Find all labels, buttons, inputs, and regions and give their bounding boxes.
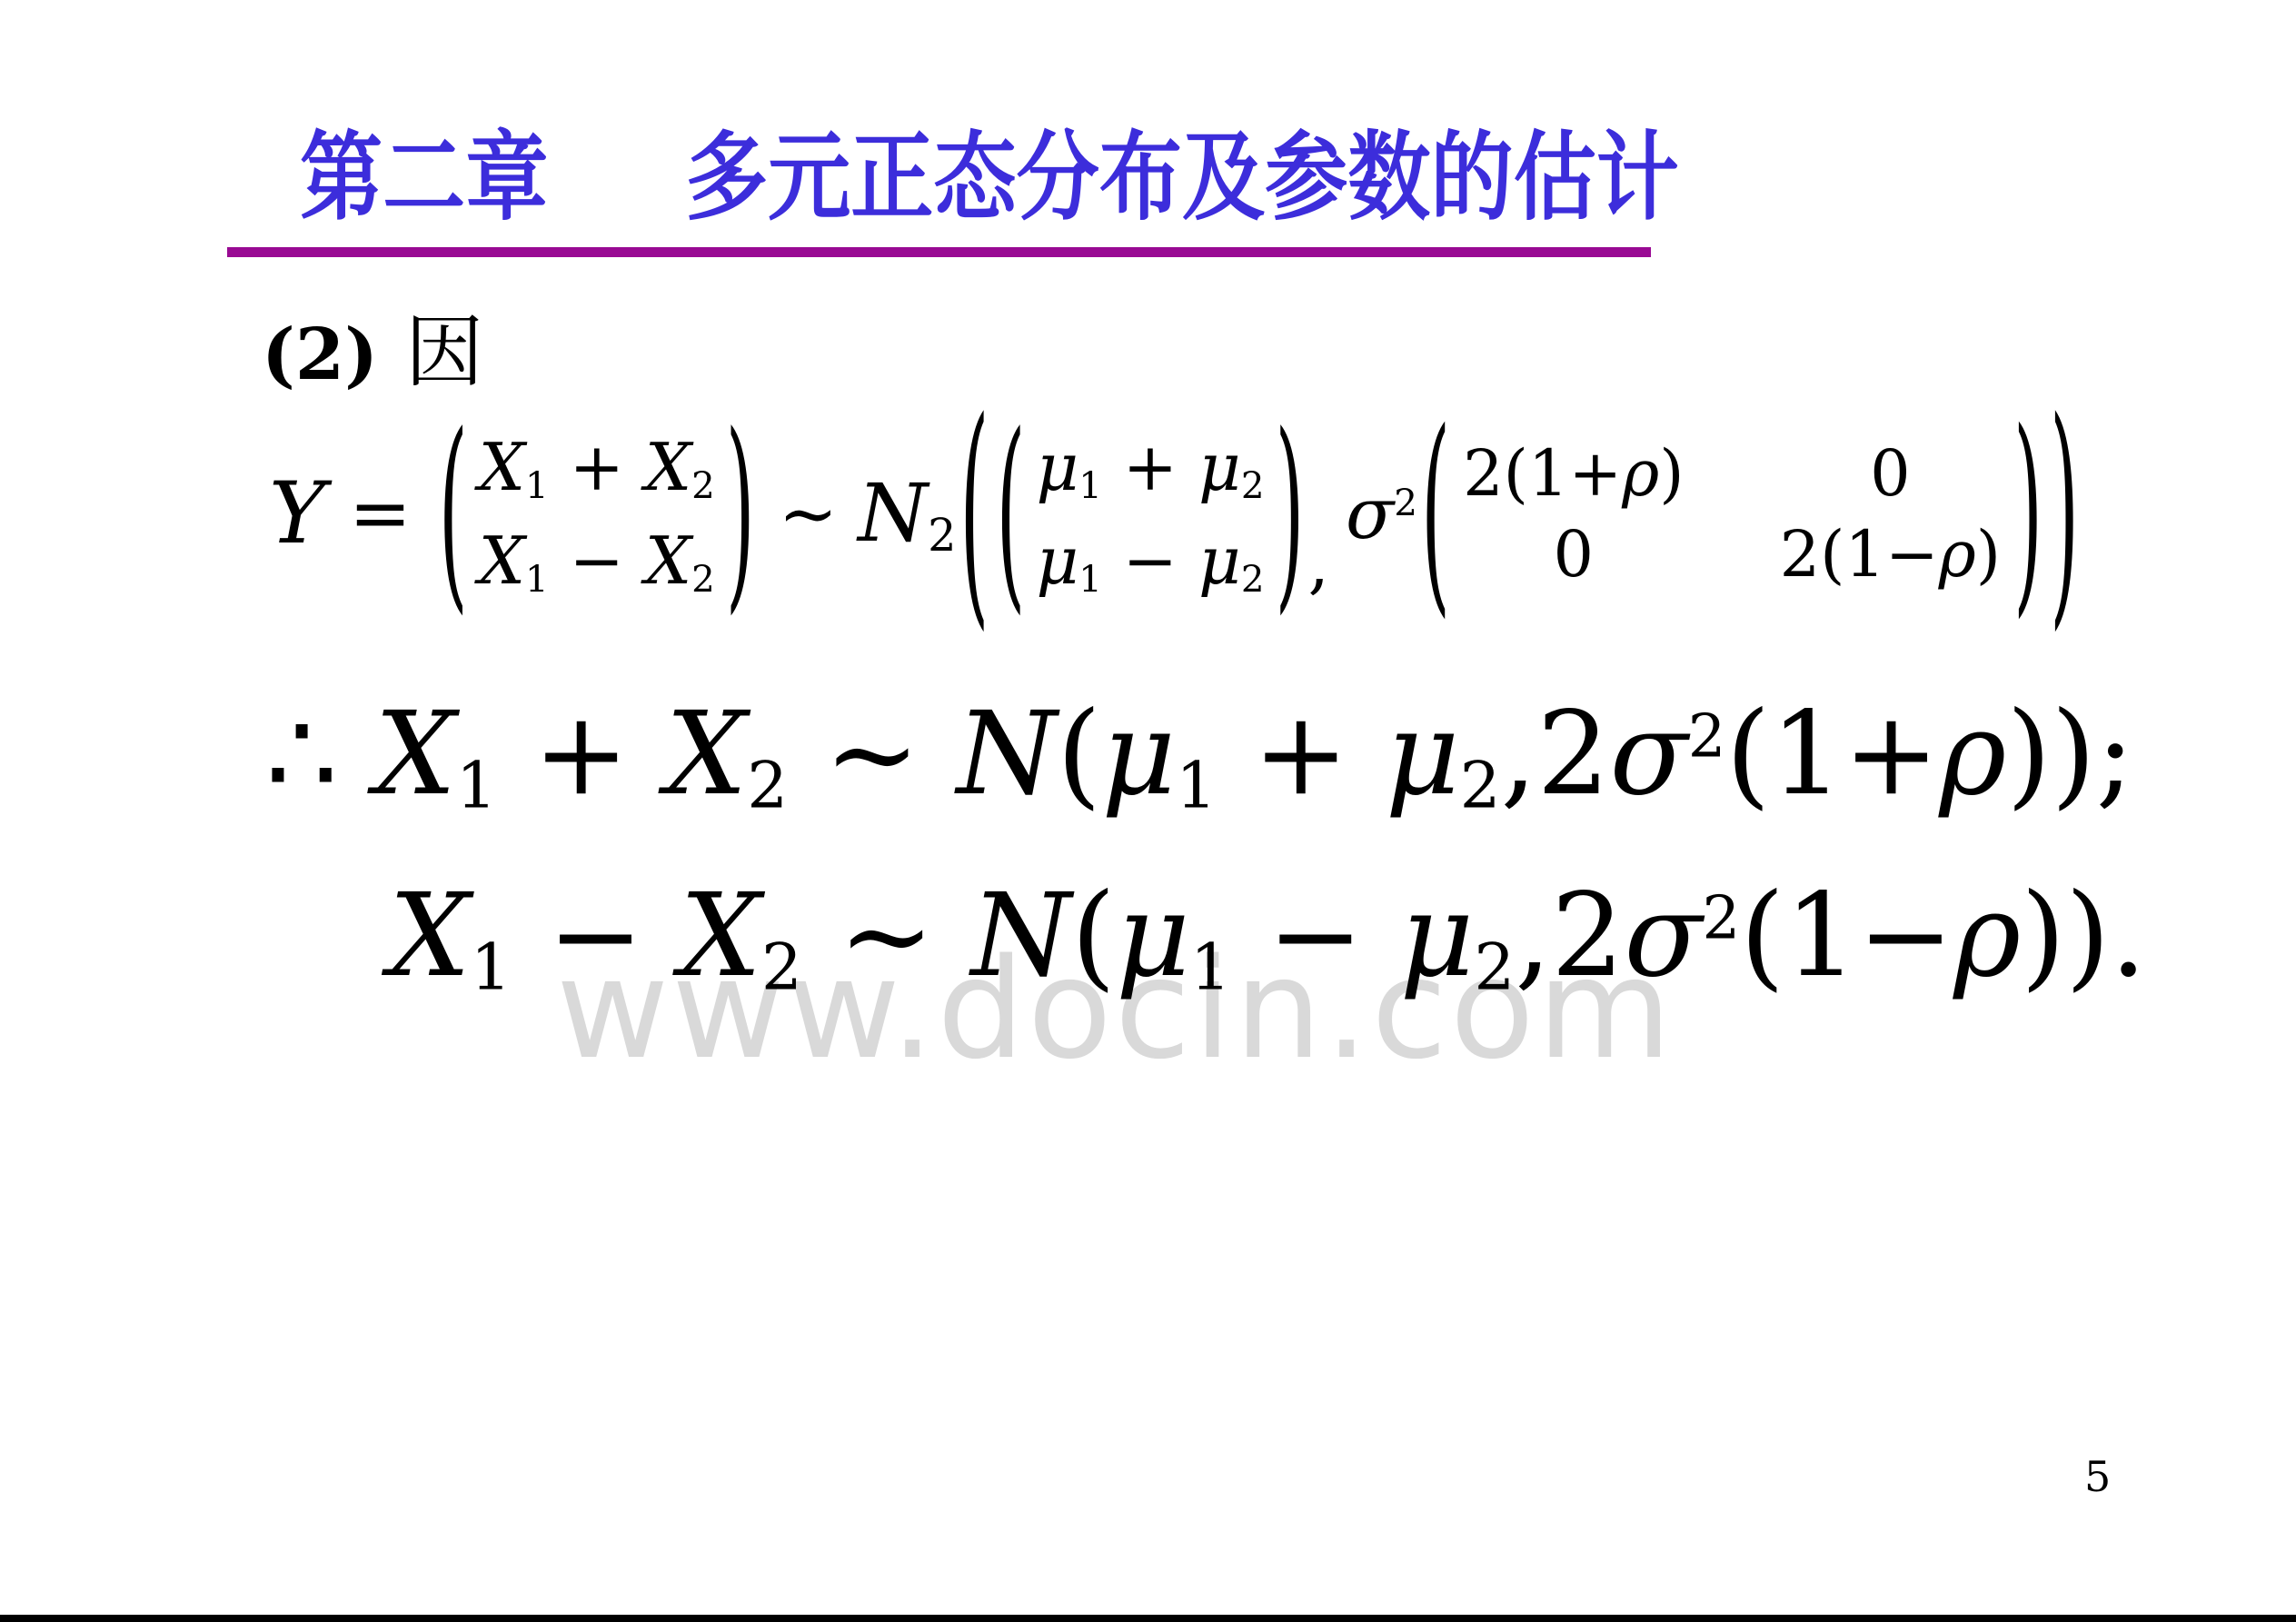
- normal-n2-symbol: N2: [858, 466, 956, 562]
- vector-x-row1: X1 + X2: [479, 421, 715, 513]
- bottom-border: [0, 1615, 2296, 1622]
- paren-left-vector-x: (: [439, 410, 468, 619]
- sigma-squared: σ2: [1346, 473, 1417, 555]
- slide-title-subject: 多元正态分布及参数的估计: [685, 122, 1679, 234]
- title-underline: [227, 247, 1651, 257]
- var-y: Y: [269, 464, 325, 563]
- vector-x-row2: X1 − X2: [479, 514, 715, 607]
- vector-mu-row2: μ1 − μ2: [1036, 514, 1264, 607]
- comma-separator: ,: [1307, 524, 1329, 602]
- matrix-cell-11: 2(1+ρ): [1463, 439, 1685, 509]
- paren-left-outer: (: [959, 393, 989, 635]
- item-number: (2): [262, 313, 378, 396]
- paren-right-outer: ): [2050, 393, 2079, 635]
- slide-title: 第二章多元正态分布及参数的估计: [300, 125, 1679, 232]
- matrix-cell-12: 0: [1870, 439, 1911, 509]
- formula-joint-distribution: Y = ( X1 + X2 X1 − X2 ) ∼ N2 ( ( μ1 + μ2…: [269, 398, 2082, 630]
- paren-left-vector-mu: (: [996, 410, 1025, 619]
- paren-right-vector-x: ): [726, 410, 755, 619]
- matrix-cell-22: 2(1−ρ): [1780, 520, 2002, 590]
- paren-right-vector-mu: ): [1275, 410, 1304, 619]
- item-heading: (2) 因: [262, 289, 483, 402]
- paren-right-matrix: ): [2013, 406, 2043, 622]
- distributed-as-sign: ∼: [779, 473, 838, 555]
- covariance-matrix: 2(1+ρ) 0 0 2(1−ρ): [1463, 439, 2001, 590]
- slide-page: 第二章多元正态分布及参数的估计 (2) 因 Y = ( X1 + X2 X1 −…: [0, 0, 2296, 1622]
- vector-mu-row1: μ1 + μ2: [1036, 421, 1264, 513]
- formula-sum-distribution: ∴ X1 + X2 ∼ N(μ1 + μ2,2σ2(1+ρ));: [265, 687, 2134, 823]
- formula-diff-distribution: X1 − X2 ∼ N(μ1 − μ2,2σ2(1−ρ)).: [389, 869, 2147, 1005]
- paren-left-matrix: (: [1421, 406, 1450, 622]
- matrix-cell-21: 0: [1554, 520, 1595, 590]
- slide-title-chapter: 第二章: [300, 122, 548, 234]
- equals-sign: =: [349, 471, 412, 557]
- vector-mu: μ1 + μ2 μ1 − μ2: [1036, 421, 1264, 606]
- item-text: 因: [405, 289, 483, 402]
- vector-x: X1 + X2 X1 − X2: [479, 421, 715, 606]
- page-number: 5: [2084, 1452, 2111, 1501]
